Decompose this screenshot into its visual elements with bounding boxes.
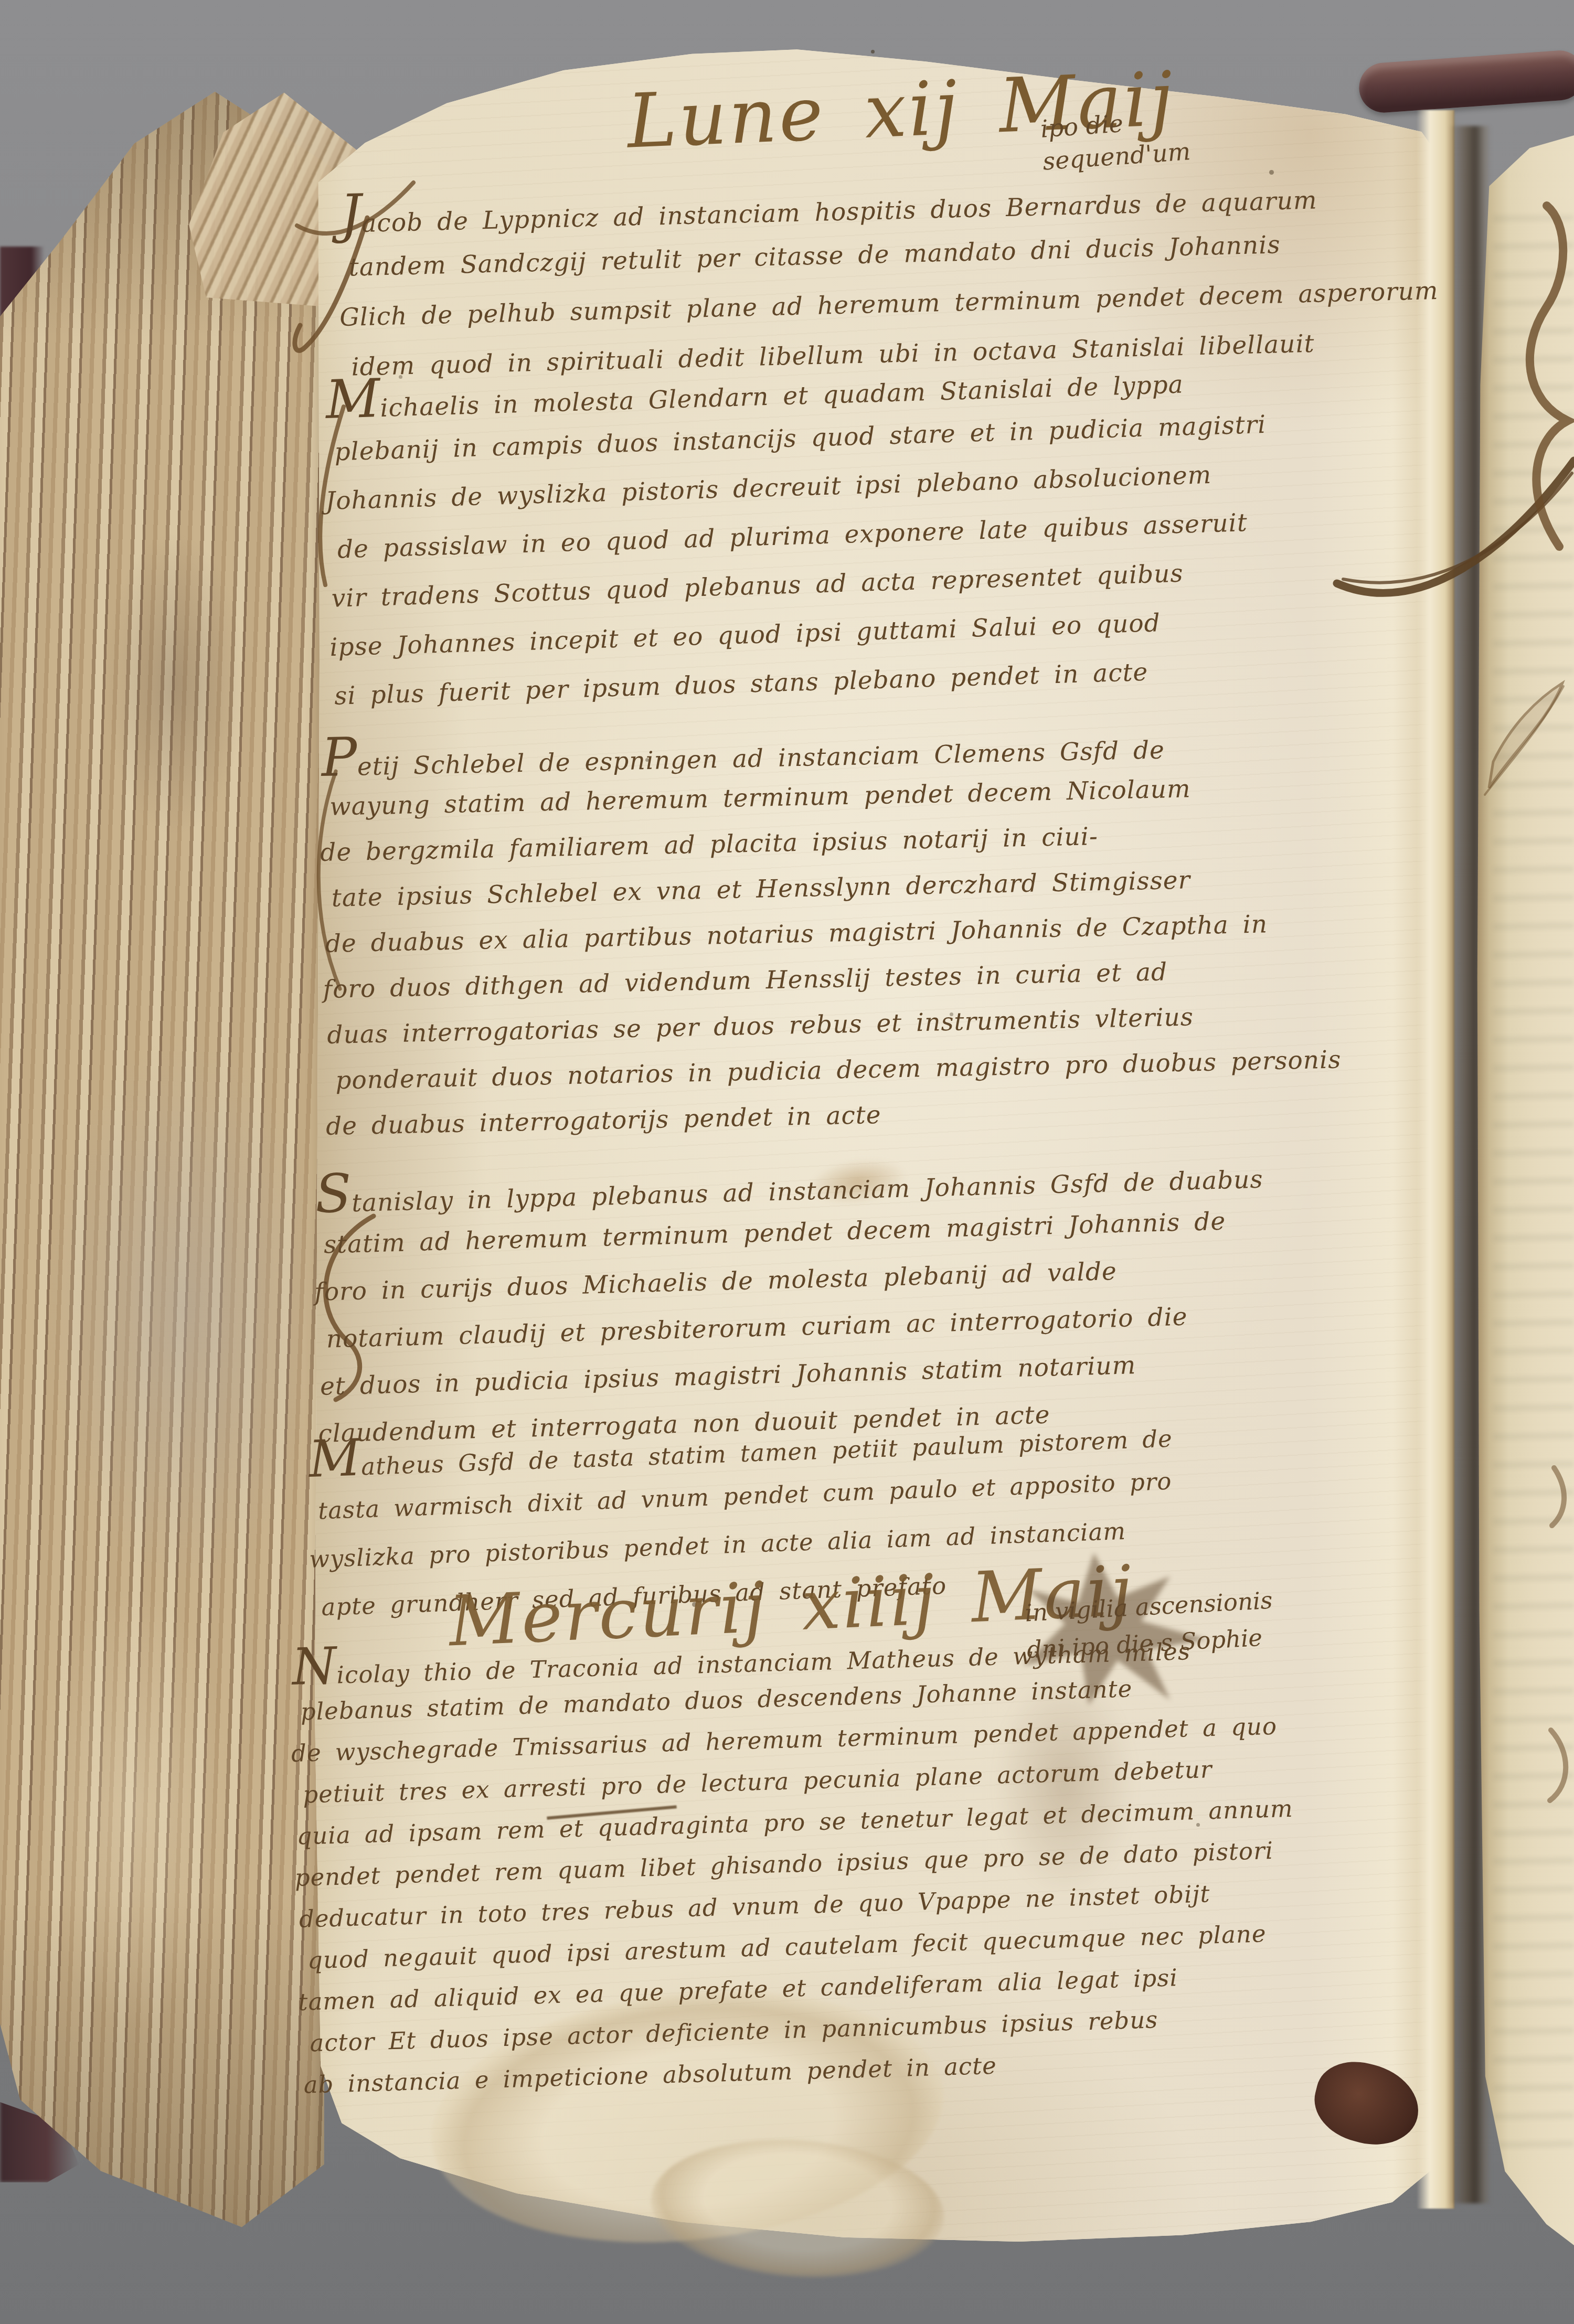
handwriting-layer: Lune xij Maij ipo diesequend'um Jacob de… [0,0,1574,2324]
heading-monday-note: ipo diesequend'um [1039,102,1192,177]
court-entry-6: Nicolay thio de Traconia ad instanciam M… [292,1629,1301,2113]
court-entry-1: Jacob de Lyppnicz ad instanciam hospitis… [340,177,1440,403]
court-entry-2: Michaelis in molesta Glendarn et quadam … [325,361,1274,731]
photo-background: Lune xij Maij ipo diesequend'um Jacob de… [0,0,1574,2324]
court-entry-3: Petij Schlebel de espningen ad instancia… [321,726,1343,1158]
